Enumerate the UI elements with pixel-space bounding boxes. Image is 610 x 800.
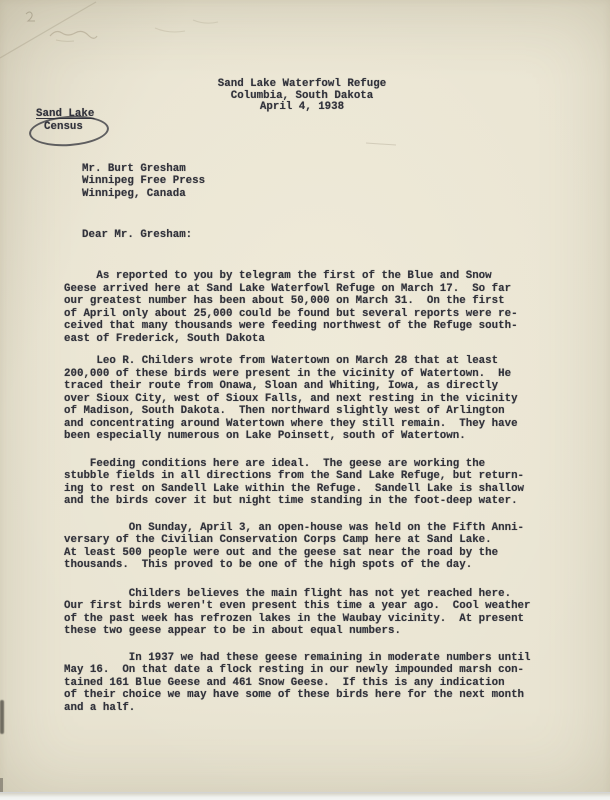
- stamp-line-sand-lake: Sand Lake: [36, 108, 94, 121]
- census-stamp: Sand Lake Census: [36, 108, 94, 134]
- stamp-line-census: Census: [36, 121, 94, 134]
- letter-page: Sand Lake Census Sand Lake Waterfowl Ref…: [0, 0, 610, 800]
